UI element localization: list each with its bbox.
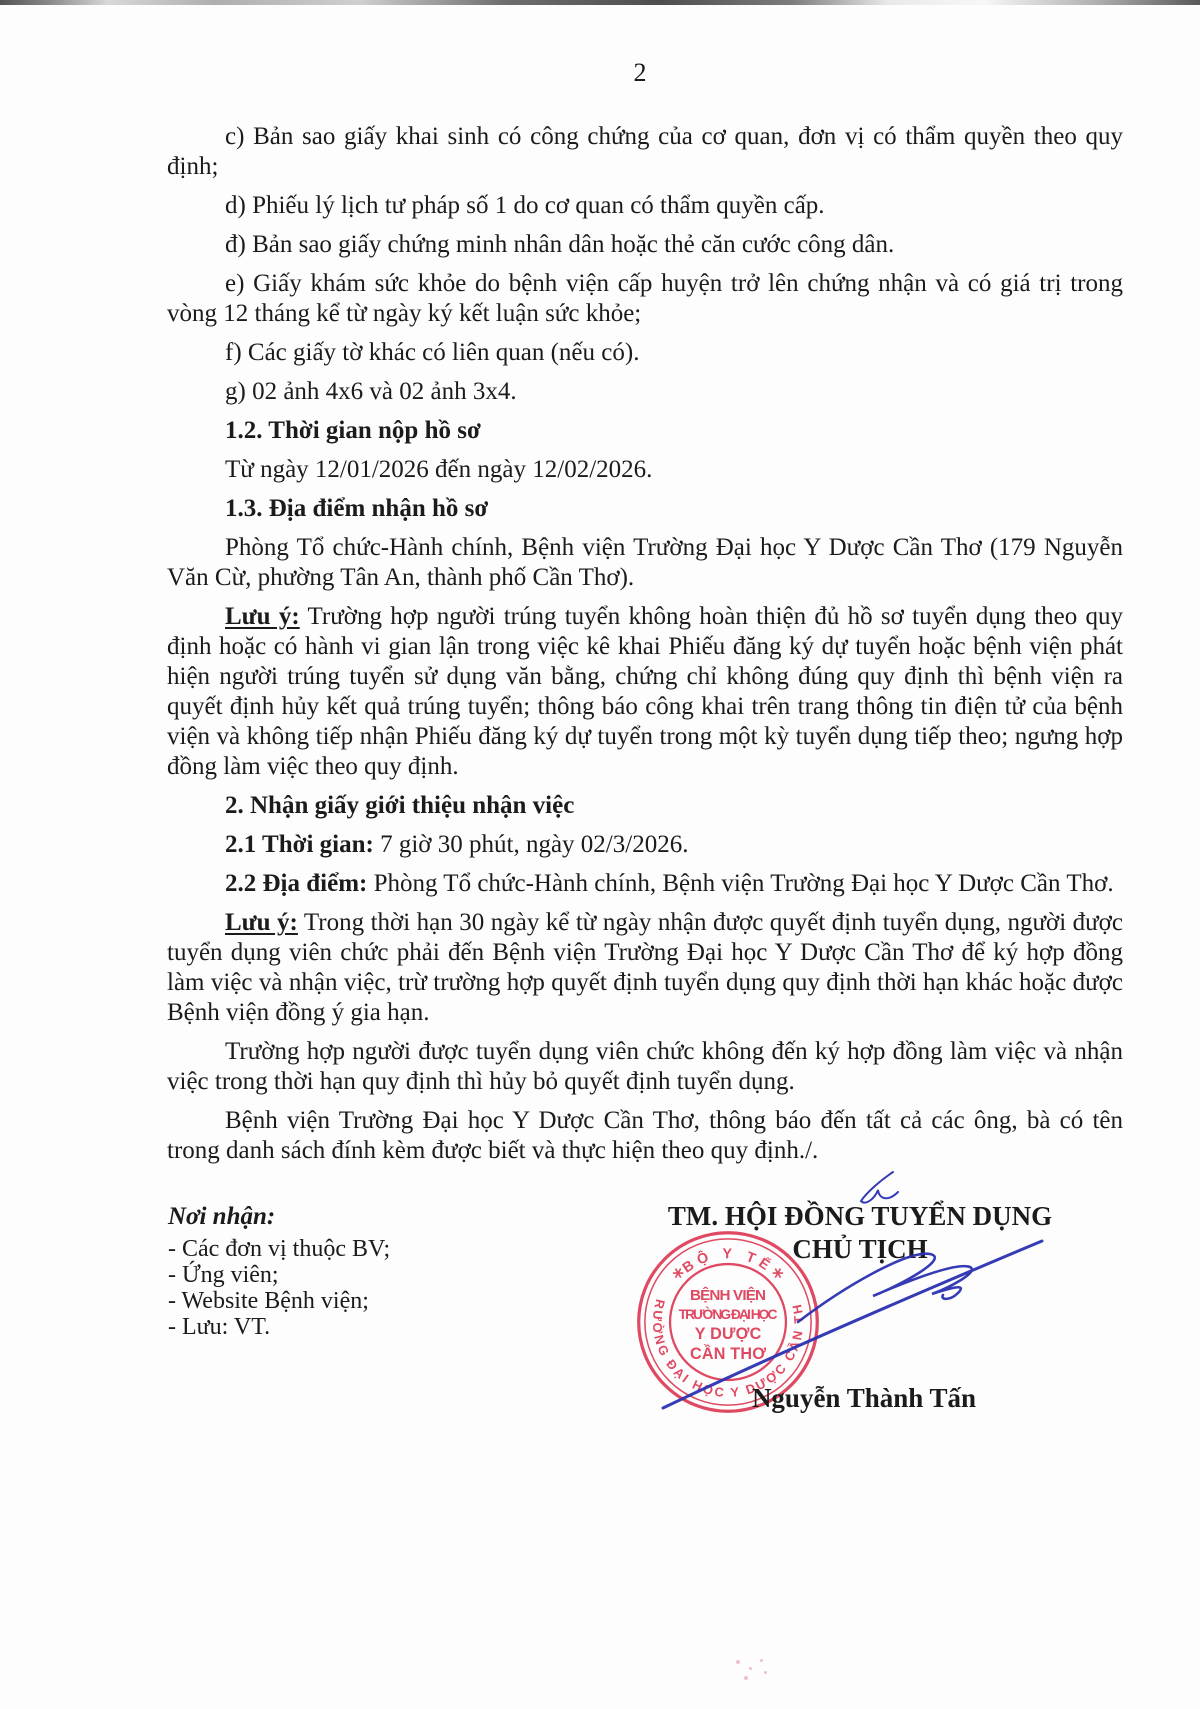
ink-speck [764, 1671, 767, 1674]
signer-name: Nguyễn Thành Tấn [628, 1383, 1100, 1414]
signature-tick-mark [861, 1172, 898, 1203]
signature-flourish [798, 1254, 972, 1322]
ink-speck [760, 1659, 763, 1662]
ink-speck [744, 1676, 748, 1680]
ink-speck [736, 1660, 740, 1664]
document-page: 2 c) Bản sao giấy khai sinh có công chứn… [0, 0, 1200, 1709]
ink-speck [749, 1667, 752, 1670]
signature [0, 0, 1200, 1709]
